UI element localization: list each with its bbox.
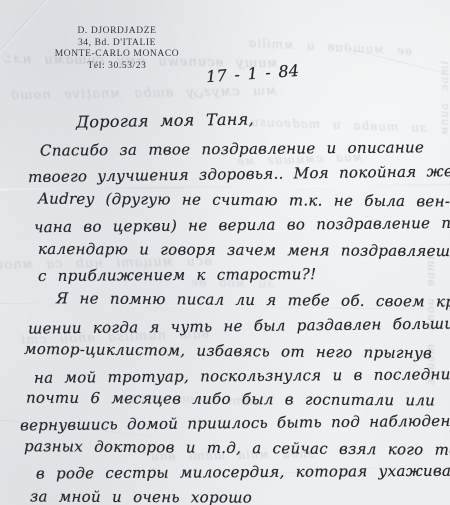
- ghost-bleedthrough-text-vertical: мnua зami: [438, 60, 450, 136]
- ghost-bleedthrough-text: мш смугنу вшba мnațive пошд: [10, 84, 277, 104]
- handwritten-line: в роде сестры милосердия, которая ухажив…: [36, 461, 450, 482]
- handwritten-line: с приближением к старости?!: [38, 265, 317, 285]
- handwritten-line: Я не помню писал ли я тебе об. своем кру…: [56, 289, 450, 311]
- letterhead: D. DJORDJADZE 34, Bd. D'ITALIE MONTE-CAR…: [28, 26, 206, 72]
- handwritten-line: Спасибо за твое поздравление и описание: [40, 138, 424, 159]
- scanned-letter-page: мишу всиnewи вму сишами нлව ве мищдив и …: [0, 0, 450, 505]
- handwritten-line: вернувшись домой пришлось быть под наблю…: [20, 412, 450, 435]
- handwritten-line: твоего улучшения здоровья.. Моя покойная…: [28, 162, 450, 186]
- letterhead-phone: Tél: 30.53/23: [28, 61, 206, 73]
- handwritten-line: календарю и говоря зачем меня поздравляе…: [38, 240, 450, 260]
- handwritten-line: мотор-циклистом, избавясь от него прыгну…: [24, 340, 432, 362]
- letterhead-street: 34, Bd. D'ITALIE: [28, 38, 206, 50]
- handwritten-line: Audrey (другую не считаю т.к. не была ве…: [38, 190, 450, 211]
- ghost-bleedthrough-text: зи mивba и madeousи: [250, 115, 427, 135]
- handwritten-line: разных докторов и т.д, а сейчас взял ког…: [24, 437, 450, 459]
- handwritten-line: за мной и очень хорошо: [30, 487, 252, 505]
- handwritten-line: на мой тротуар, поскользнулся и в послед…: [34, 365, 450, 387]
- letterhead-city: MONTE-CARLO MONACO: [28, 49, 206, 61]
- letter-date: 17 - 1 - 84: [205, 61, 299, 86]
- salutation-line: Дорогая моя Таня,: [76, 109, 254, 131]
- ghost-bleedthrough-text: ве мищдив и мmilia: [248, 36, 413, 59]
- handwritten-line: почти 6 месяцев либо был в госпитали или: [26, 389, 435, 410]
- handwritten-line: чана во церкви) не верила во поздравлени…: [34, 214, 450, 236]
- handwritten-line: шении когда я чуть не был раздавлен боль…: [28, 314, 450, 337]
- paper-crease: [303, 37, 450, 84]
- letterhead-name: D. DJORDJADZE: [28, 26, 206, 38]
